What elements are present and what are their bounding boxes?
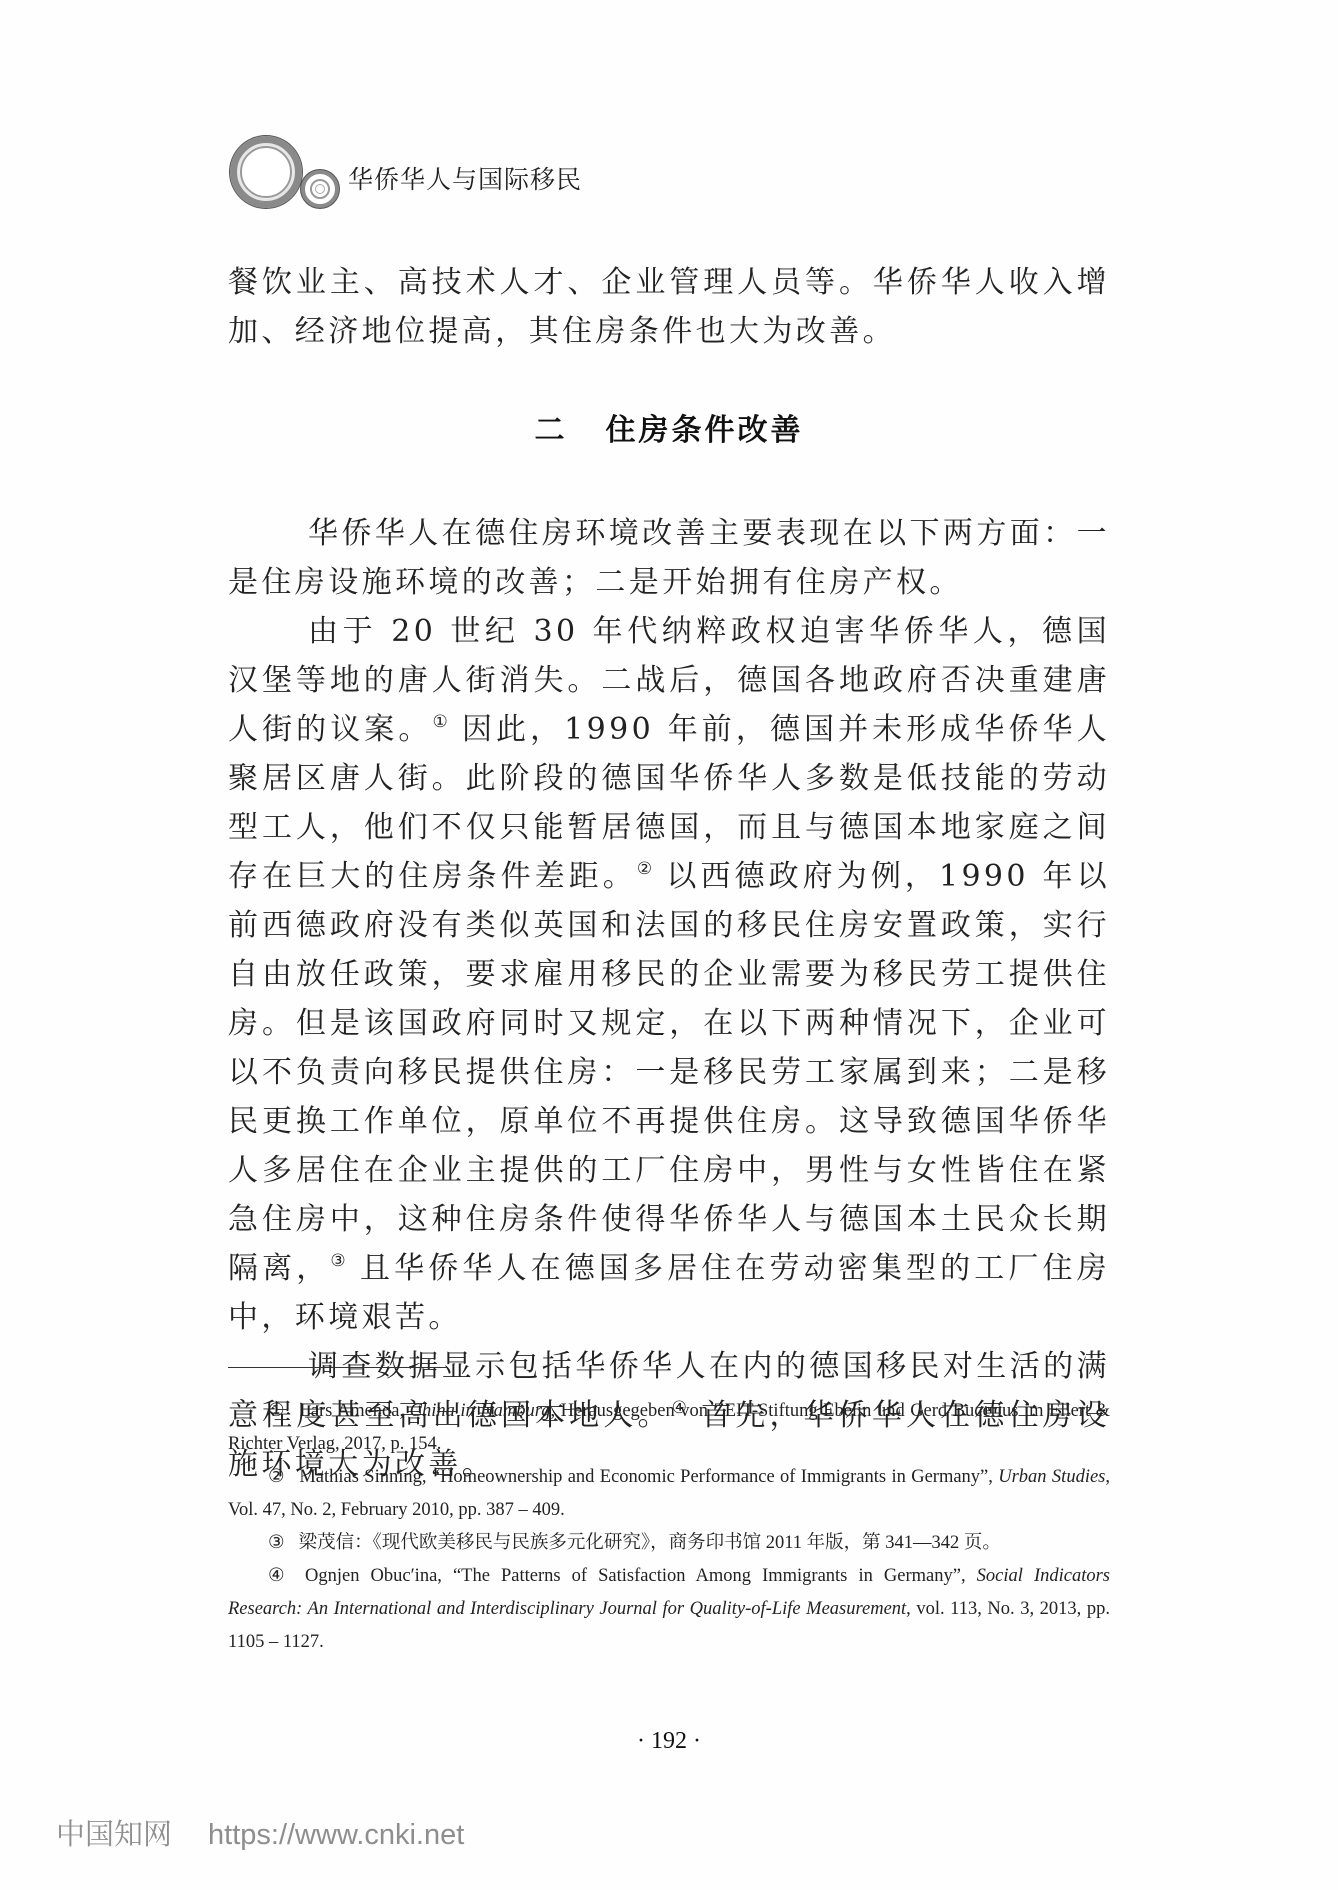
watermark-brand: 中国知网 [56,1817,172,1851]
intro-text: 餐饮业主、高技术人才、企业管理人员等。华侨华人收入增加、经济地位提高，其住房条件… [228,258,1110,356]
paragraph-2-part-c: 以西德政府为例，1990 年以前西德政府没有类似英国和法国的移民住房安置政策，实… [228,859,1110,1286]
footnote-title: China in Hamburg [410,1401,551,1421]
section-heading: 二住房条件改善 [0,405,1338,449]
footnote-mark: ① [268,1401,285,1421]
footnote-text: Lars Amenda, [299,1401,409,1421]
watermark-url: https://www.cnki.net [208,1819,464,1851]
paragraph-1: 华侨华人在德住房环境改善主要表现在以下两方面：一是住房设施环境的改善；二是开始拥… [228,509,1110,607]
footnote-2: ②Mathias Sinning, “Homeownership and Eco… [228,1461,1110,1527]
footnote-ref-1[interactable]: ① [432,712,448,732]
small-ring-icon [301,170,339,208]
section-number: 二 [535,413,568,448]
footnote-1: ①Lars Amenda, China in Hamburg, Herausge… [228,1395,1110,1461]
footnote-mark: ② [268,1467,285,1487]
footnote-ref-3[interactable]: ③ [330,1251,346,1271]
footnote-text: Ognjen Obuc′ina, “The Patterns of Satisf… [305,1566,977,1586]
footnote-mark: ③ [268,1533,285,1553]
paragraph-2-part-d: 且华侨华人在德国多居住在劳动密集型的工厂住房中，环境艰苦。 [228,1251,1110,1335]
footnote-ref-2[interactable]: ② [637,859,653,879]
page-number: · 192 · [0,1728,1338,1755]
footnotes: ①Lars Amenda, China in Hamburg, Herausge… [228,1395,1110,1659]
footnote-mark: ④ [268,1566,291,1586]
double-ring-logo-icon [226,132,344,214]
footnote-text: 梁茂信：《现代欧美移民与民族多元化研究》，商务印书馆 2011 年版，第 341… [299,1533,1001,1553]
running-header: 华侨华人与国际移民 [226,132,582,214]
footnote-title: Urban Studies [998,1467,1105,1487]
intro-paragraph: 餐饮业主、高技术人才、企业管理人员等。华侨华人收入增加、经济地位提高，其住房条件… [228,258,1110,356]
book-page: 华侨华人与国际移民 餐饮业主、高技术人才、企业管理人员等。华侨华人收入增加、经济… [0,0,1338,1890]
watermark: 中国知网https://www.cnki.net [56,1812,464,1853]
section-title: 住房条件改善 [606,413,804,448]
footnote-text: Mathias Sinning, “Homeownership and Econ… [299,1467,998,1487]
paragraph-2: 由于 20 世纪 30 年代纳粹政权迫害华侨华人，德国汉堡等地的唐人街消失。二战… [228,607,1110,1342]
book-title: 华侨华人与国际移民 [348,160,582,196]
footnote-3: ③梁茂信：《现代欧美移民与民族多元化研究》，商务印书馆 2011 年版，第 34… [228,1527,1110,1560]
footnote-separator [228,1367,448,1368]
large-ring-icon [230,136,302,208]
footnote-4: ④Ognjen Obuc′ina, “The Patterns of Satis… [228,1560,1110,1659]
main-body: 华侨华人在德住房环境改善主要表现在以下两方面：一是住房设施环境的改善；二是开始拥… [228,509,1110,1489]
